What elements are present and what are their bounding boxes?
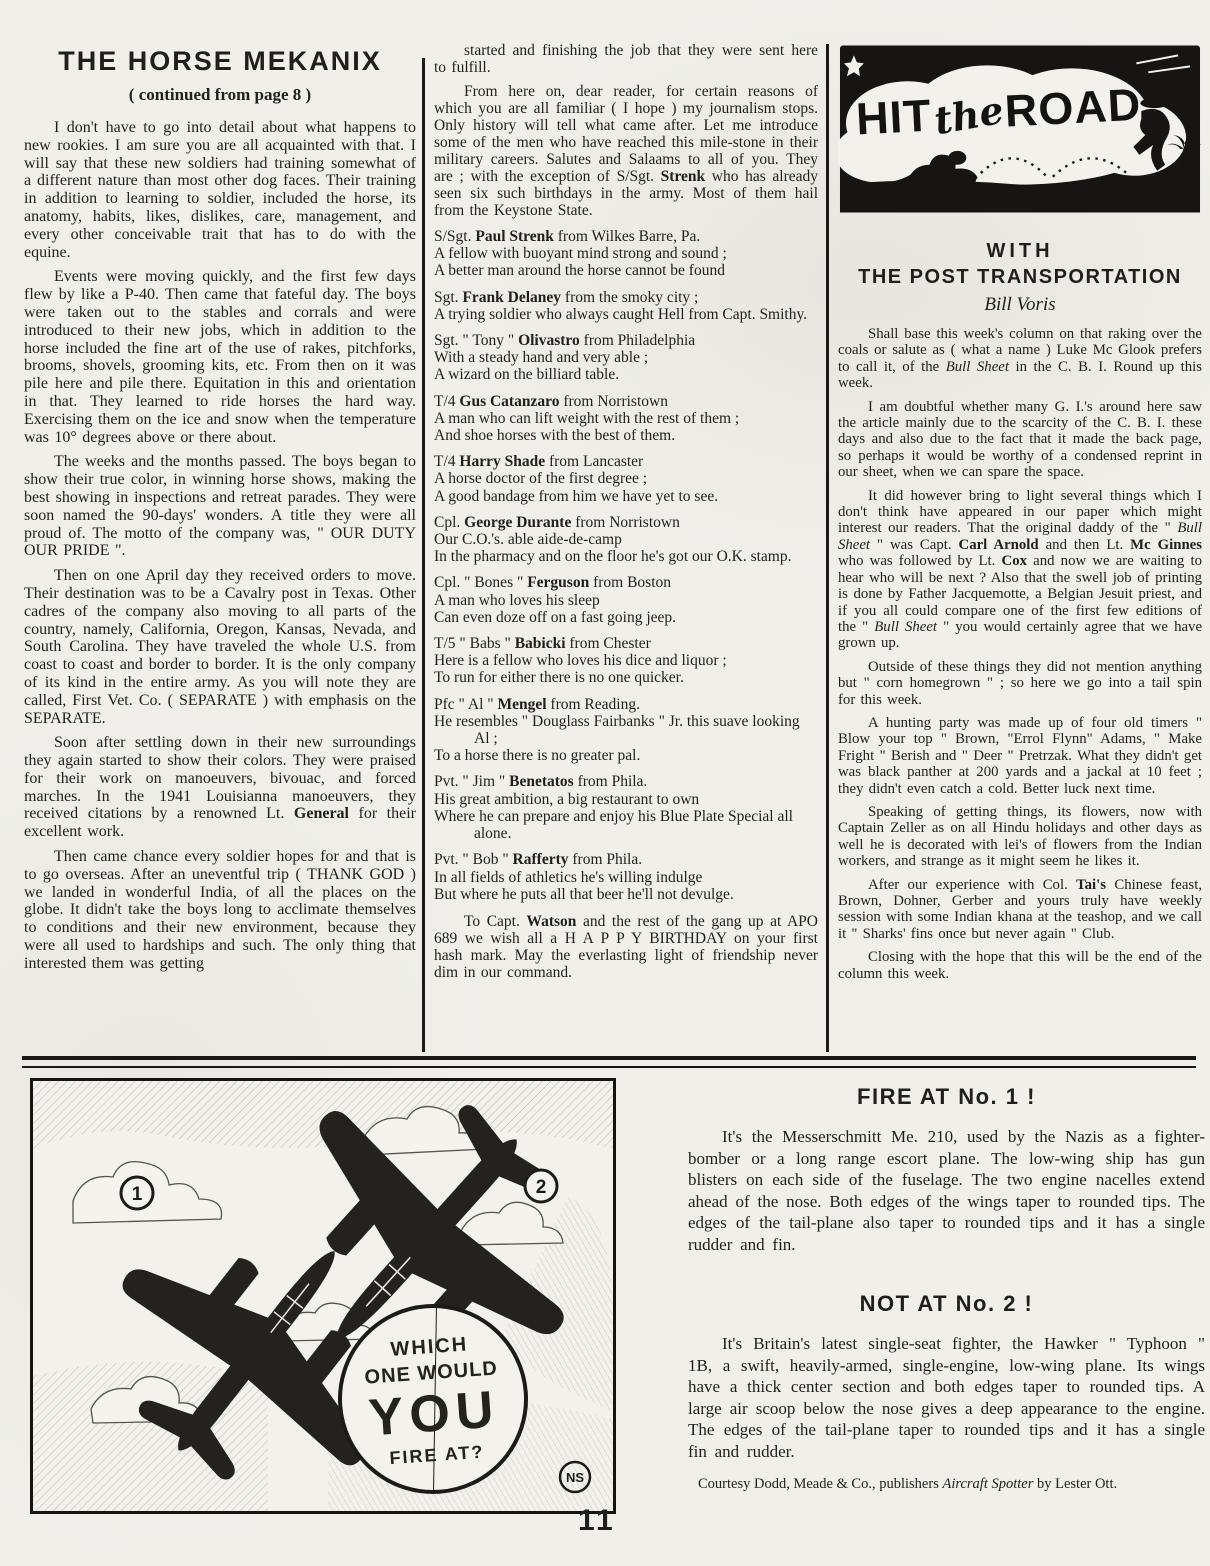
soldier-description-line: But where he puts all that beer he'll no…: [434, 886, 818, 903]
soldier-entry: Pvt. " Bob " Rafferty from Phila. In all…: [434, 851, 818, 903]
soldier-entry: T/4 Gus Catanzaro from Norristown A man …: [434, 393, 818, 445]
page-number: 11: [578, 1504, 616, 1538]
column-rule-right: [826, 44, 829, 1052]
article-body-left: I don't have to go into detail about wha…: [24, 119, 416, 973]
soldier-roster: S/Sgt. Paul Strenk from Wilkes Barre, Pa…: [434, 228, 818, 903]
hit-the-road-banner: HITtheROAD: [838, 42, 1202, 216]
soldier-name-line: T/4 Harry Shade from Lancaster: [434, 453, 818, 470]
soldier-description-line: A man who loves his sleep: [434, 592, 818, 609]
middle-paragraphs: started and finishing the job that they …: [434, 42, 818, 219]
article-body-middle: started and finishing the job that they …: [434, 42, 818, 1050]
soldier-name-line: Pvt. " Bob " Rafferty from Phila.: [434, 851, 818, 868]
paragraph: A hunting party was made up of four old …: [838, 715, 1202, 797]
soldier-name-line: Cpl. George Durante from Norristown: [434, 514, 818, 531]
soldier-name-line: S/Sgt. Paul Strenk from Wilkes Barre, Pa…: [434, 228, 818, 245]
soldier-description-line: A horse doctor of the first degree ;: [434, 470, 818, 487]
soldier-name-line: Sgt. Frank Delaney from the smoky city ;: [434, 289, 818, 306]
paragraph: started and finishing the job that they …: [434, 42, 818, 76]
soldier-description-line: He resembles " Douglass Fairbanks " Jr. …: [434, 713, 818, 747]
article-horse-mekanix: THE HORSE MEKANIX ( continued from page …: [24, 42, 416, 1050]
paragraph: Speaking of getting things, its flowers,…: [838, 804, 1202, 870]
soldier-description-line: To a horse there is no greater pal.: [434, 747, 818, 764]
soldier-description-line: In all fields of athletics he's willing …: [434, 869, 818, 886]
article-title: THE HORSE MEKANIX: [24, 46, 416, 77]
fire-at-heading: FIRE AT No. 1 !: [688, 1084, 1205, 1110]
svg-text:NS: NS: [566, 1470, 584, 1485]
aircraft-spotter-text: FIRE AT No. 1 ! It's the Messerschmitt M…: [688, 1084, 1205, 1493]
svg-text:1: 1: [132, 1184, 143, 1205]
not-at-heading: NOT AT No. 2 !: [688, 1291, 1205, 1317]
soldier-name-line: Pvt. " Jim " Benetatos from Phila.: [434, 773, 818, 790]
courtesy-credit: Courtesy Dodd, Meade & Co., publishers A…: [688, 1476, 1205, 1493]
soldier-description-line: A man who can lift weight with the rest …: [434, 410, 818, 427]
paragraph: Shall base this week's column on that ra…: [838, 326, 1202, 392]
soldier-description-line: Can even doze off on a fast going jeep.: [434, 609, 818, 626]
soldier-description-line: Where he can prepare and enjoy his Blue …: [434, 808, 818, 842]
heading-with: WITH: [838, 240, 1202, 263]
plane-1-label: 1: [121, 1177, 153, 1209]
soldier-description-line: A better man around the horse cannot be …: [434, 262, 818, 279]
paragraph: Closing with the hope that this will be …: [838, 949, 1202, 982]
not-at-paragraph: It's Britain's latest single-seat fighte…: [688, 1333, 1205, 1462]
column-heading: WITH THE POST TRANSPORTATION Bill Voris: [838, 240, 1202, 316]
paragraph: Soon after settling down in their new su…: [24, 734, 416, 841]
banner-word-the: the: [930, 87, 1006, 143]
soldier-description-line: A trying soldier who always caught Hell …: [434, 306, 818, 323]
newspaper-page: THE HORSE MEKANIX ( continued from page …: [0, 0, 1210, 1566]
plane-2-label: 2: [525, 1170, 557, 1202]
paragraph: Outside of these things they did not men…: [838, 659, 1202, 708]
paragraph: Then on one April day they received orde…: [24, 567, 416, 727]
fire-at-paragraph: It's the Messerschmitt Me. 210, used by …: [688, 1126, 1205, 1255]
soldier-description-line: With a steady hand and very able ;: [434, 349, 818, 366]
soldier-entry: Sgt. Frank Delaney from the smoky city ;…: [434, 289, 818, 323]
soldier-entry: Cpl. " Bones " Ferguson from Boston A ma…: [434, 574, 818, 626]
soldier-name-line: Pfc " Al " Mengel from Reading.: [434, 696, 818, 713]
svg-text:2: 2: [536, 1177, 547, 1198]
svg-text:YOU: YOU: [367, 1380, 501, 1447]
banner-word-road: ROAD: [1003, 79, 1142, 137]
soldier-name-line: Sgt. " Tony " Olivastro from Philadelphi…: [434, 332, 818, 349]
column-body: Shall base this week's column on that ra…: [838, 326, 1202, 982]
aircraft-spotter-illustration: 1 2 WHICH ONE WOULD YOU FIRE AT? NS: [30, 1078, 616, 1514]
soldier-description-line: And shoe horses with the best of them.: [434, 427, 818, 444]
soldier-name-line: Cpl. " Bones " Ferguson from Boston: [434, 574, 818, 591]
soldier-entry: T/5 " Babs " Babicki from Chester Here i…: [434, 635, 818, 687]
birthday-closing-paragraph: To Capt. Watson and the rest of the gang…: [434, 913, 818, 981]
column-rule-left: [422, 58, 425, 1052]
paragraph: Events were moving quickly, and the firs…: [24, 268, 416, 446]
soldier-name-line: T/5 " Babs " Babicki from Chester: [434, 635, 818, 652]
soldier-entry: Pfc " Al " Mengel from Reading. He resem…: [434, 696, 818, 765]
article-subtitle: ( continued from page 8 ): [24, 85, 416, 105]
paragraph: I am doubtful whether many G. I.'s aroun…: [838, 399, 1202, 481]
soldier-description-line: A good bandage from him we have yet to s…: [434, 488, 818, 505]
soldier-description-line: A wizard on the billiard table.: [434, 366, 818, 383]
soldier-entry: S/Sgt. Paul Strenk from Wilkes Barre, Pa…: [434, 228, 818, 280]
paragraph: Then came chance every soldier hopes for…: [24, 848, 416, 973]
paragraph: I don't have to go into detail about wha…: [24, 119, 416, 261]
soldier-name-line: T/4 Gus Catanzaro from Norristown: [434, 393, 818, 410]
soldier-description-line: To run for either there is no one quicke…: [434, 669, 818, 686]
soldier-description-line: Here is a fellow who loves his dice and …: [434, 652, 818, 669]
soldier-description-line: In the pharmacy and on the floor he's go…: [434, 548, 818, 565]
soldier-entry: Pvt. " Jim " Benetatos from Phila. His g…: [434, 773, 818, 842]
banner-word-hit: HIT: [855, 90, 933, 145]
paragraph: From here on, dear reader, for certain r…: [434, 83, 818, 219]
section-divider: [22, 1056, 1196, 1068]
paragraph: It did however bring to light several th…: [838, 488, 1202, 652]
byline: Bill Voris: [838, 294, 1202, 316]
soldier-entry: Sgt. " Tony " Olivastro from Philadelphi…: [434, 332, 818, 384]
column-hit-the-road: HITtheROAD WITH THE POST TRANSPORTATION …: [838, 42, 1202, 1054]
soldier-description-line: Our C.O.'s. able aide-de-camp: [434, 531, 818, 548]
heading-post-transportation: THE POST TRANSPORTATION: [838, 266, 1202, 289]
soldier-entry: Cpl. George Durante from Norristown Our …: [434, 514, 818, 566]
paragraph: After our experience with Col. Tai's Chi…: [838, 877, 1202, 943]
soldier-description-line: A fellow with buoyant mind strong and so…: [434, 245, 818, 262]
paragraph: The weeks and the months passed. The boy…: [24, 453, 416, 560]
soldier-description-line: His great ambition, a big restaurant to …: [434, 791, 818, 808]
soldier-entry: T/4 Harry Shade from Lancaster A horse d…: [434, 453, 818, 505]
